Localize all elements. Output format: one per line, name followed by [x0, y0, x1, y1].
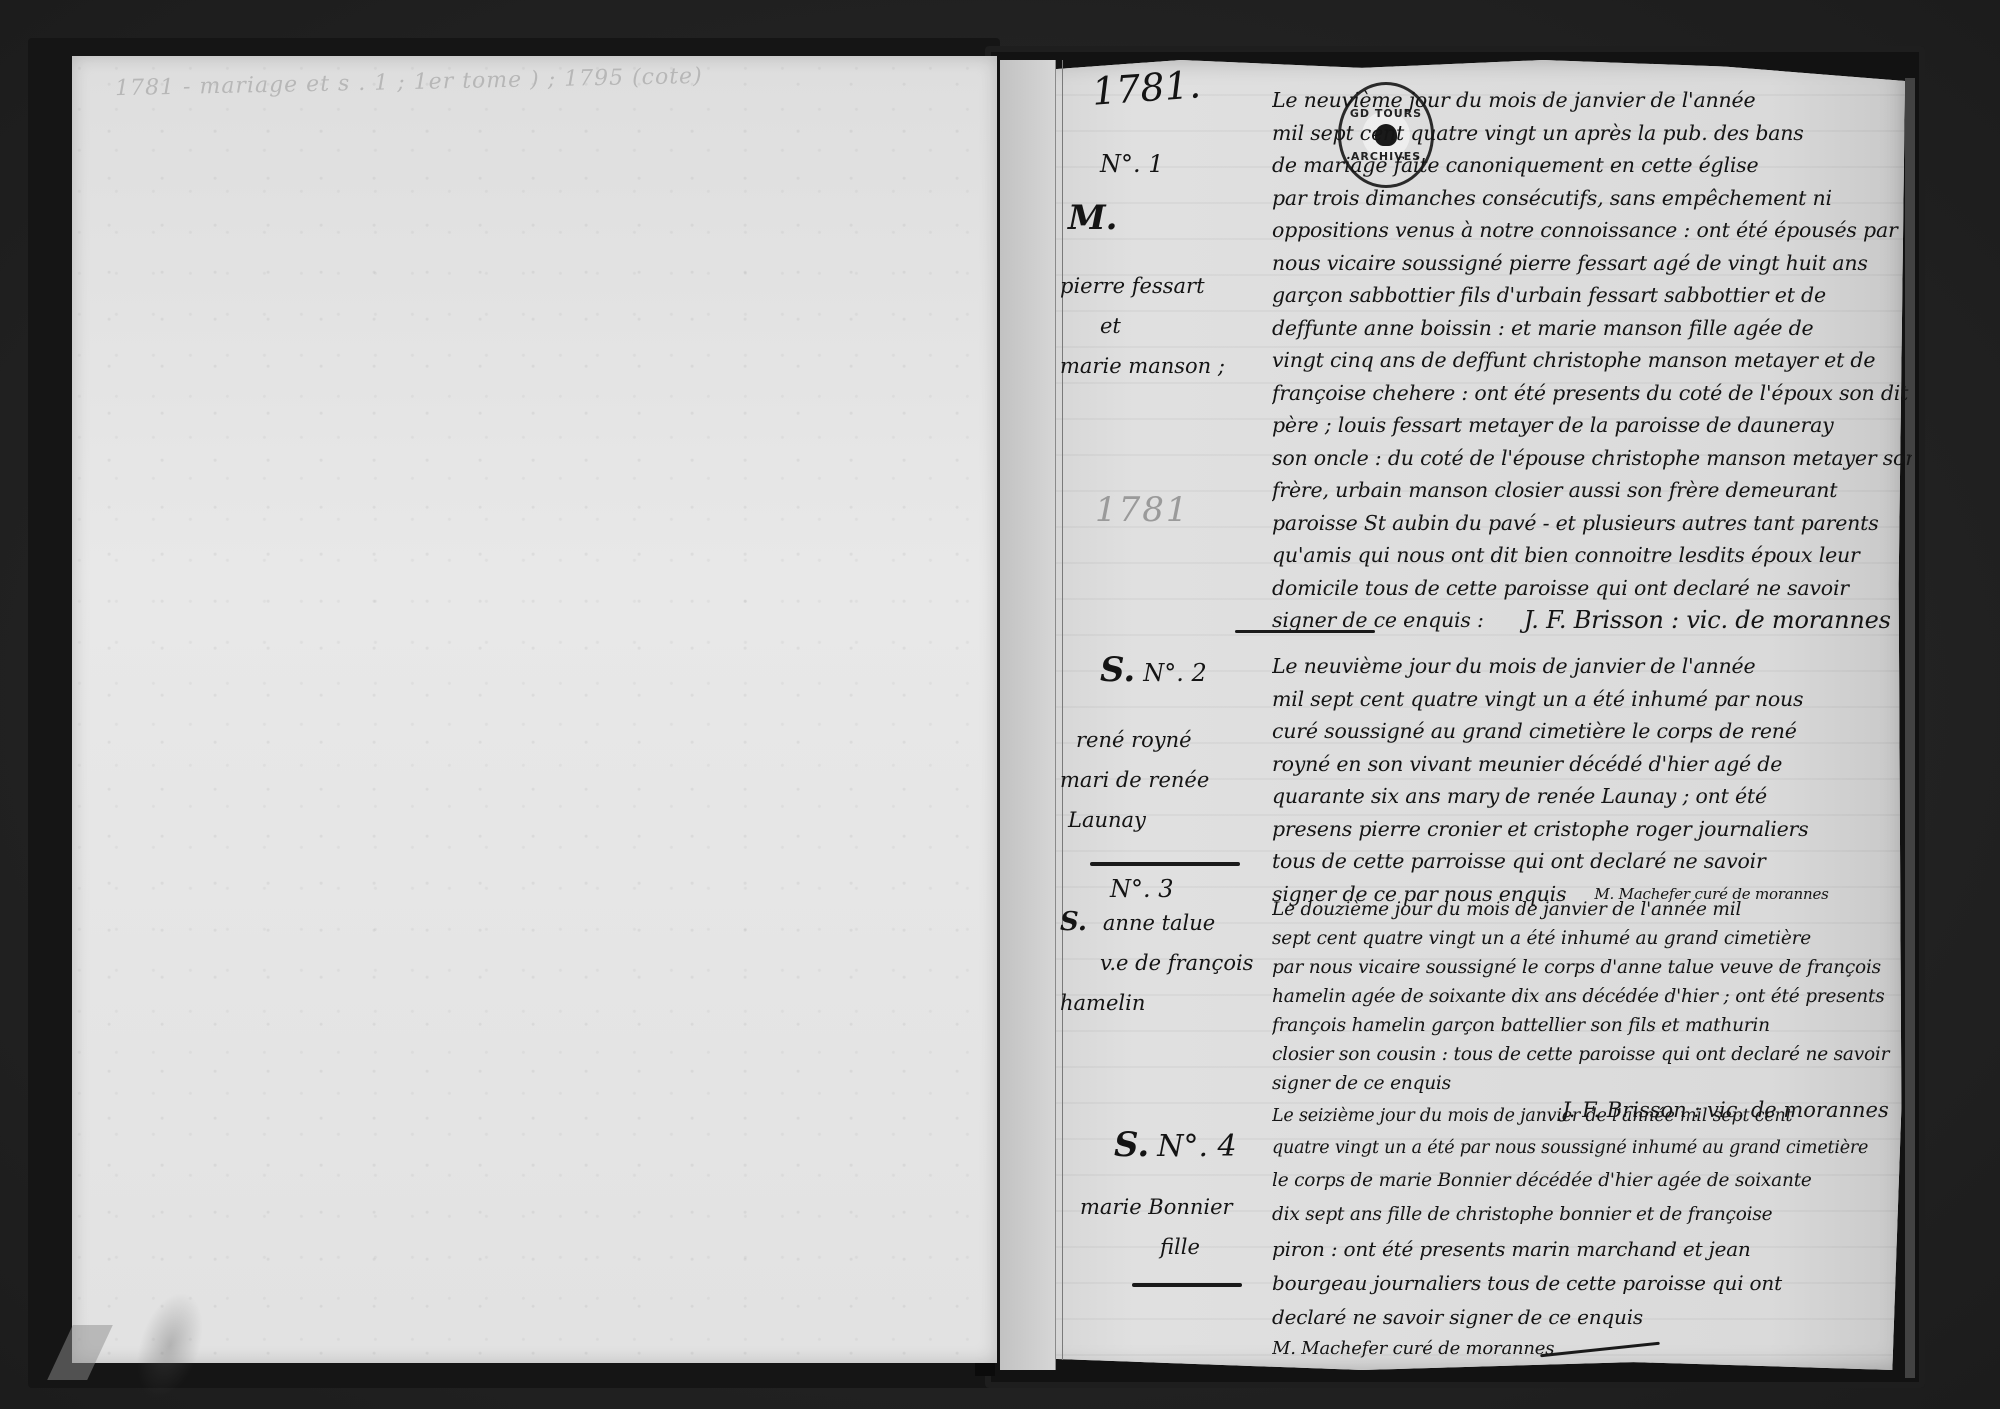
entry-line: qu'amis qui nous ont dit bien connoitre …: [1272, 539, 1912, 572]
margin-name: mari de renée: [1060, 760, 1260, 800]
entry-line: Le neuvième jour du mois de janvier de l…: [1272, 84, 1912, 117]
margin-name: rené royné: [1060, 720, 1260, 760]
entry-line: domicile tous de cette paroisse qui ont …: [1272, 572, 1912, 605]
margin-entry-4: S. N°. 4 marie Bonnier fille: [1060, 1125, 1260, 1287]
margin-name: et: [1060, 306, 1260, 346]
entry-divider: [1235, 630, 1375, 633]
entry-line: de mariage faite canoniquement en cette …: [1272, 149, 1912, 182]
entry-line: closier son cousin : tous de cette paroi…: [1272, 1040, 1912, 1069]
entry-line: presens pierre cronier et cristophe roge…: [1272, 813, 1912, 846]
margin-header: S. N°. 4: [1060, 1125, 1260, 1165]
entry-line: oppositions venus à notre connoissance :…: [1272, 214, 1912, 247]
entry-line: quatre vingt un a été par nous soussigné…: [1272, 1132, 1912, 1164]
margin-divider: [1090, 862, 1240, 866]
entry-line: signer de ce enquis: [1272, 1069, 1912, 1098]
entry-line: sept cent quatre vingt un a été inhumé a…: [1272, 924, 1912, 953]
entry-line: Le douzième jour du mois de janvier de l…: [1272, 895, 1912, 924]
entry-line: par nous vicaire soussigné le corps d'an…: [1272, 953, 1912, 982]
margin-name: marie manson ;: [1060, 346, 1260, 386]
margin-name: Launay: [1060, 800, 1260, 840]
entry-line: garçon sabbottier fils d'urbain fessart …: [1272, 279, 1912, 312]
margin-entry-3: N°. 3 S. anne talue v.e de françois hame…: [1060, 875, 1260, 1023]
entry-line: françois hamelin garçon battellier son f…: [1272, 1011, 1912, 1040]
binding-strip: [1000, 60, 1056, 1370]
entry-line: mil sept cent quatre vingt un après la p…: [1272, 117, 1912, 150]
entry-line: bourgeau journaliers tous de cette paroi…: [1272, 1266, 1912, 1300]
entry-line: paroisse St aubin du pavé - et plusieurs…: [1272, 507, 1912, 540]
register-entry-2: Le neuvième jour du mois de janvier de l…: [1272, 650, 1912, 910]
entry-line: Le neuvième jour du mois de janvier de l…: [1272, 650, 1912, 683]
entry-line: vingt cinq ans de deffunt christophe man…: [1272, 344, 1912, 377]
entry-line: françoise chehere : ont été presents du …: [1272, 377, 1912, 410]
entry-line: declaré ne savoir signer de ce enquis: [1272, 1300, 1912, 1334]
entry-line: tous de cette parroisse qui ont declaré …: [1272, 845, 1912, 878]
register-entry-3: Le douzième jour du mois de janvier de l…: [1272, 895, 1912, 1122]
margin-header: S. anne talue: [1060, 903, 1260, 943]
margin-divider: [1132, 1283, 1242, 1287]
entry-number: N°. 1: [1060, 150, 1260, 178]
bleed-through-text: 1781: [1095, 490, 1190, 530]
entry-line: le corps de marie Bonnier décédée d'hier…: [1272, 1164, 1912, 1198]
signature: J. F. Brisson : vic. de morannes: [1524, 604, 1891, 637]
entry-line: nous vicaire soussigné pierre fessart ag…: [1272, 247, 1912, 280]
register-entry-4: Le seizième jour du mois de janvier de l…: [1272, 1100, 1912, 1364]
entry-line: quarante six ans mary de renée Launay ; …: [1272, 780, 1912, 813]
margin-name: v.e de françois: [1060, 943, 1260, 983]
entry-line: son oncle : du coté de l'épouse christop…: [1272, 442, 1912, 475]
margin-name: fille: [1060, 1227, 1260, 1267]
entry-line: deffunte anne boissin : et marie manson …: [1272, 312, 1912, 345]
entry-line: curé soussigné au grand cimetière le cor…: [1272, 715, 1912, 748]
entry-line: père ; louis fessart metayer de la paroi…: [1272, 409, 1912, 442]
margin-name: pierre fessart: [1060, 266, 1260, 306]
margin-name: anne talue: [1103, 903, 1215, 943]
entry-line: royné en son vivant meunier décédé d'hie…: [1272, 748, 1912, 781]
entry-type-mark: S.: [1100, 650, 1135, 690]
entry-line: par trois dimanches consécutifs, sans em…: [1272, 182, 1912, 215]
entry-line: piron : ont été presents marin marchand …: [1272, 1232, 1912, 1266]
entry-type-mark: S.: [1114, 1125, 1149, 1165]
entry-type-mark: S.: [1060, 907, 1087, 937]
entry-line: frère, urbain manson closier aussi son f…: [1272, 474, 1912, 507]
entry-number: N°. 2: [1143, 659, 1207, 687]
left-page: [72, 56, 997, 1363]
margin-header: S. N°. 2: [1060, 650, 1260, 690]
margin-name: hamelin: [1060, 983, 1260, 1023]
entry-number: N°. 3: [1060, 875, 1260, 903]
margin-entry-1: N°. 1 M. pierre fessart et marie manson …: [1060, 150, 1260, 386]
margin-name: marie Bonnier: [1060, 1187, 1260, 1227]
entry-line: Le seizième jour du mois de janvier de l…: [1272, 1100, 1912, 1132]
entry-number: N°. 4: [1157, 1129, 1236, 1164]
year-header: 1781.: [1091, 62, 1203, 113]
entry-line: dix sept ans fille de christophe bonnier…: [1272, 1198, 1912, 1232]
entry-line: hamelin agée de soixante dix ans décédée…: [1272, 982, 1912, 1011]
entry-type-mark: M.: [1060, 198, 1260, 238]
margin-entry-2: S. N°. 2 rené royné mari de renée Launay: [1060, 650, 1260, 866]
entry-line: mil sept cent quatre vingt un a été inhu…: [1272, 683, 1912, 716]
register-entry-1: Le neuvième jour du mois de janvier de l…: [1272, 84, 1912, 637]
